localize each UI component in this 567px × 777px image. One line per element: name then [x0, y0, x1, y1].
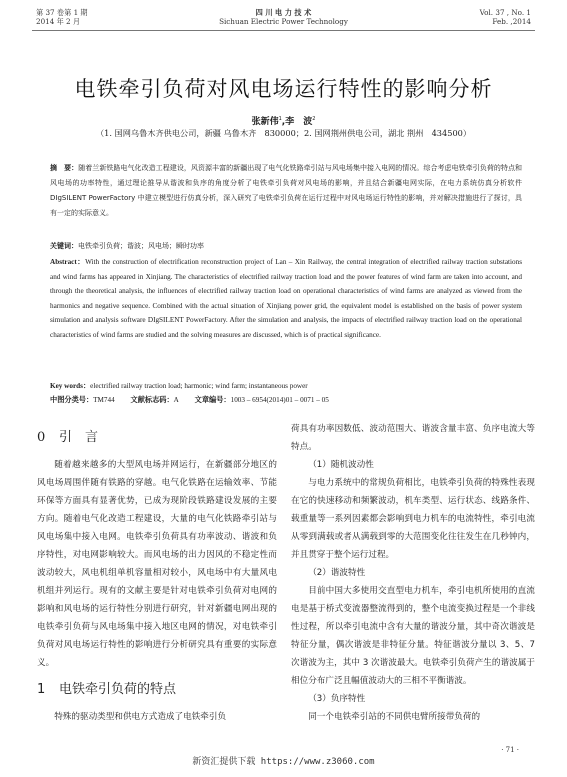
journal-name-cn: 四 川 电 力 技 术	[36, 8, 531, 17]
author-list: 张新伟1,李 波2	[0, 114, 567, 127]
abstract-en-text: With the construction of electrification…	[50, 258, 522, 339]
clc-label: 中图分类号：	[50, 395, 93, 404]
article-no-label: 文章编号：	[195, 395, 231, 404]
clc-value: TM744	[93, 396, 115, 404]
section-heading-intro: 0引 言	[37, 428, 277, 448]
intro-paragraph: 随着越来越多的大型风电场并网运行，在新疆部分地区的风电场周围伴随有铁路的穿越。电…	[37, 456, 277, 672]
keywords-cn-label: 关键词：	[50, 242, 78, 250]
abstract-cn-text: 随着兰新铁路电气化改造工程建设，风资源丰富的新疆出现了电气化铁路牵引站与风电场集…	[50, 164, 522, 217]
section-title: 引 言	[59, 430, 98, 445]
subheading-random-fluctuation: （1）随机波动性	[291, 456, 535, 474]
author-name: 李 波	[285, 117, 312, 127]
section-number: 0	[37, 428, 59, 448]
subheading-harmonic: （2）谐波特性	[291, 564, 535, 582]
abstract-cn: 摘 要：随着兰新铁路电气化改造工程建设，风资源丰富的新疆出现了电气化铁路牵引站与…	[50, 161, 522, 221]
volume-en: Vol. 37 , No. 1	[480, 8, 531, 17]
abstract-en: Abstract：With the construction of electr…	[50, 255, 522, 343]
author-affil-mark: 2	[312, 116, 315, 122]
running-header: 第 37 卷第 1 期 2014 年 2 月 四 川 电 力 技 术 Sichu…	[36, 8, 531, 30]
section-title: 电铁牵引负荷的特点	[59, 682, 176, 697]
doc-code-label: 文献标志码：	[131, 395, 174, 404]
paragraph-random-fluctuation: 与电力系统中的常规负荷相比，电铁牵引负荷的特殊性表现在它的快速移动和频繁波动，机…	[291, 474, 535, 564]
section-number: 1	[37, 680, 59, 700]
article-no-value: 1003 – 6954(2014)01 – 0071 – 05	[231, 396, 329, 404]
journal-name: 四 川 电 力 技 术 Sichuan Electric Power Techn…	[36, 8, 531, 26]
issue-info-en: Vol. 37 , No. 1 Feb. ,2014	[480, 8, 531, 26]
paragraph-negative-sequence: 同一个电铁牵引站的不同供电臂所接带负荷的	[291, 708, 535, 726]
keywords-en-text: electrified railway traction load; harmo…	[90, 382, 308, 390]
page-number: · 71 ·	[501, 746, 519, 754]
keywords-cn-text: 电铁牵引负荷；谐波；风电场；瞬时功率	[78, 242, 204, 250]
left-column: 0引 言 随着越来越多的大型风电场并网运行，在新疆部分地区的风电场周围伴随有铁路…	[37, 424, 277, 726]
journal-name-en: Sichuan Electric Power Technology	[36, 17, 531, 26]
keywords-cn: 关键词：电铁牵引负荷；谐波；风电场；瞬时功率	[50, 241, 204, 251]
keywords-en: Key words：electrified railway traction l…	[50, 381, 308, 391]
paper-title: 电铁牵引负荷对风电场运行特性的影响分析	[0, 73, 567, 103]
section-heading-1: 1电铁牵引负荷的特点	[37, 680, 277, 700]
keywords-en-label: Key words：	[50, 382, 90, 390]
right-column: 荷具有功率因数低、波动范围大、谐波含量丰富、负序电流大等特点。 （1）随机波动性…	[291, 420, 535, 726]
section1-paragraph-cont: 荷具有功率因数低、波动范围大、谐波含量丰富、负序电流大等特点。	[291, 420, 535, 456]
subheading-negative-sequence: （3）负序特性	[291, 690, 535, 708]
author-name: 张新伟	[252, 117, 279, 127]
doc-code-value: A	[174, 396, 179, 404]
date-en: Feb. ,2014	[480, 17, 531, 26]
download-watermark: 新资汇提供下载 https://www.z3060.com	[0, 754, 567, 767]
abstract-cn-label: 摘 要：	[50, 164, 78, 172]
abstract-en-label: Abstract：	[50, 258, 85, 266]
affiliations: （1. 国网乌鲁木齐供电公司，新疆 乌鲁木齐 830000；2. 国网荆州供电公…	[0, 128, 567, 139]
section1-paragraph-start: 特殊的驱动类型和供电方式造成了电铁牵引负	[37, 708, 277, 726]
paragraph-harmonic: 目前中国大多使用交直型电力机车，牵引电机所使用的直流电是基于桥式变流器整流得到的…	[291, 582, 535, 690]
header-divider	[32, 30, 535, 31]
classification-line: 中图分类号：TM744 文献标志码：A 文章编号：1003 – 6954(201…	[50, 395, 329, 405]
